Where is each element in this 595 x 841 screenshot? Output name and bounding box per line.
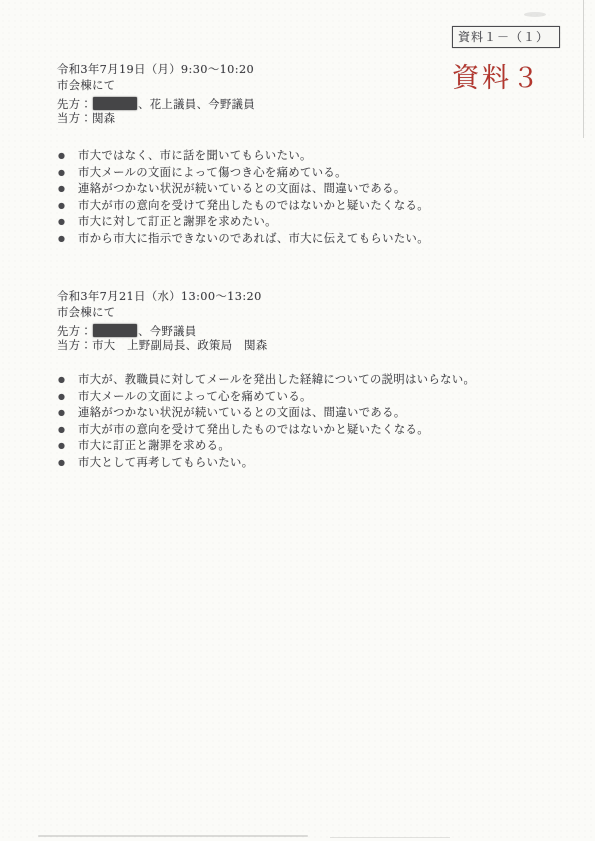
list-item: ●市大に訂正と謝罪を求める。 (58, 437, 475, 454)
bullet-text: 連絡がつかない状況が続いているとの文面は、間違いである。 (78, 404, 406, 420)
bullet-icon: ● (58, 458, 78, 467)
list-item: ●連絡がつかない状況が続いているとの文面は、間違いである。 (58, 180, 429, 197)
reference-number-box: 資料１－（１） (452, 26, 560, 48)
list-item: ●市大が市の意向を受けて発出したものではないかと疑いたくなる。 (58, 197, 429, 214)
list-item: ●市大に対して訂正と謝罪を求めたい。 (58, 213, 429, 230)
meeting1-place: 市会棟にて (57, 78, 255, 94)
bullet-text: 連絡がつかない状況が続いているとの文面は、間違いである。 (78, 180, 406, 196)
bullet-text: 市大が市の意向を受けて発出したものではないかと疑いたくなる。 (78, 197, 429, 213)
list-item: ●連絡がつかない状況が続いているとの文面は、間違いである。 (58, 404, 475, 421)
redacted-name (93, 324, 137, 337)
meeting2-bullet-list: ●市大が、教職員に対してメールを発出した経緯についての説明はいらない。 ●市大メ… (58, 371, 475, 471)
bullet-text: 市大に対して訂正と謝罪を求めたい。 (78, 213, 277, 229)
meeting1-header: 令和3年7月19日（月）9:30～10:20 市会棟にて 先方：、花上議員、今野… (57, 62, 255, 128)
bullet-icon: ● (58, 441, 78, 450)
scan-artifact (330, 837, 450, 838)
bullet-icon: ● (58, 201, 78, 210)
list-item: ●市大ではなく、市に話を聞いてもらいたい。 (58, 147, 429, 164)
scanned-document-page: 資料１－（１） 資料３ 令和3年7月19日（月）9:30～10:20 市会棟にて… (0, 0, 595, 841)
meeting2-their-side: 先方：、今野議員 (57, 322, 268, 338)
bullet-icon: ● (58, 408, 78, 417)
list-item: ●市大が市の意向を受けて発出したものではないかと疑いたくなる。 (58, 421, 475, 438)
bullet-icon: ● (58, 425, 78, 434)
scan-artifact (38, 835, 308, 837)
redacted-name (93, 97, 137, 110)
list-item: ●市大が、教職員に対してメールを発出した経緯についての説明はいらない。 (58, 371, 475, 388)
bullet-icon: ● (58, 375, 78, 384)
meeting1-bullet-list: ●市大ではなく、市に話を聞いてもらいたい。 ●市大メールの文面によって傷つき心を… (58, 147, 429, 247)
meeting2-their-side-names: 、今野議員 (138, 325, 197, 338)
meeting1-their-side: 先方：、花上議員、今野議員 (57, 95, 255, 111)
meeting2-place: 市会棟にて (57, 305, 268, 321)
meeting1-our-side: 当方：関森 (57, 111, 255, 127)
meeting1-their-side-label: 先方： (57, 98, 92, 111)
list-item: ●市大として再考してもらいたい。 (58, 454, 475, 471)
list-item: ●市大メールの文面によって心を痛めている。 (58, 388, 475, 405)
meeting2-our-side: 当方：市大 上野副局長、政策局 関森 (57, 338, 268, 354)
red-document-stamp: 資料３ (452, 56, 542, 95)
bullet-text: 市大が市の意向を受けて発出したものではないかと疑いたくなる。 (78, 421, 429, 437)
bullet-text: 市大ではなく、市に話を聞いてもらいたい。 (78, 147, 312, 163)
bullet-text: 市大が、教職員に対してメールを発出した経緯についての説明はいらない。 (78, 371, 475, 387)
meeting1-their-side-names: 、花上議員、今野議員 (138, 98, 255, 111)
bullet-text: 市大として再考してもらいたい。 (78, 454, 253, 470)
bullet-icon: ● (58, 151, 78, 160)
list-item: ●市から市大に指示できないのであれば、市大に伝えてもらいたい。 (58, 230, 429, 247)
list-item: ●市大メールの文面によって傷つき心を痛めている。 (58, 164, 429, 181)
bullet-icon: ● (58, 217, 78, 226)
bullet-text: 市大に訂正と謝罪を求める。 (78, 437, 230, 453)
bullet-text: 市から市大に指示できないのであれば、市大に伝えてもらいたい。 (78, 230, 429, 246)
meeting1-datetime: 令和3年7月19日（月）9:30～10:20 (57, 62, 255, 78)
bullet-icon: ● (58, 234, 78, 243)
bullet-icon: ● (58, 184, 78, 193)
meeting2-header: 令和3年7月21日（水）13:00～13:20 市会棟にて 先方：、今野議員 当… (57, 289, 268, 355)
scan-artifact (524, 12, 546, 17)
meeting2-datetime: 令和3年7月21日（水）13:00～13:20 (57, 289, 268, 305)
bullet-icon: ● (58, 392, 78, 401)
bullet-icon: ● (58, 168, 78, 177)
bullet-text: 市大メールの文面によって傷つき心を痛めている。 (78, 164, 347, 180)
reference-number-label: 資料１－（１） (458, 30, 549, 44)
meeting2-their-side-label: 先方： (57, 325, 92, 338)
bullet-text: 市大メールの文面によって心を痛めている。 (78, 388, 312, 404)
scan-artifact (583, 0, 584, 138)
